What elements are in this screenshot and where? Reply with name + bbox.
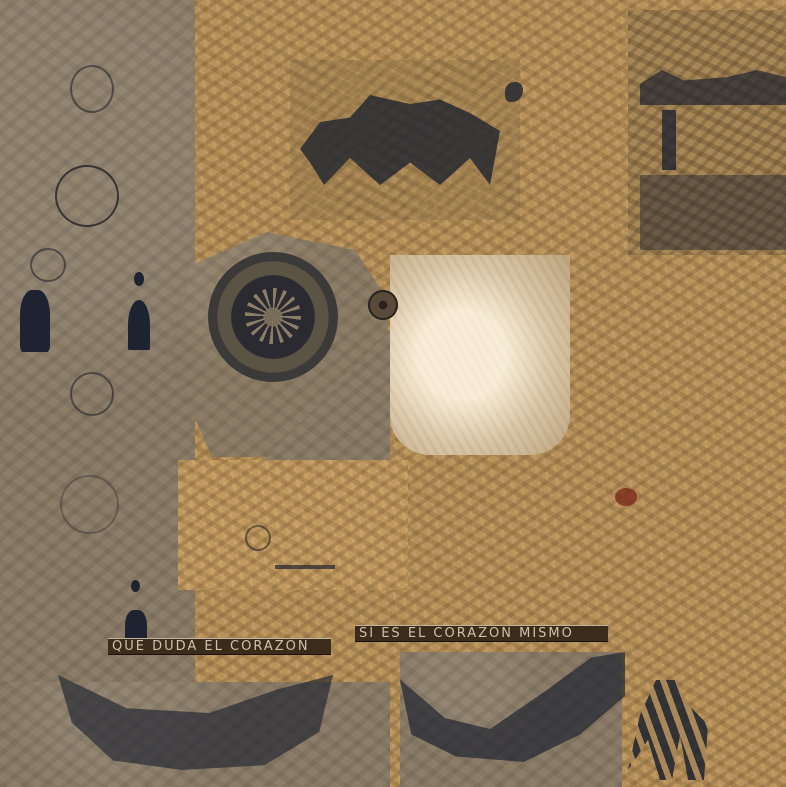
circular-seal [55, 165, 119, 227]
standing-woman-head-2 [131, 580, 140, 592]
red-stain [615, 488, 637, 506]
sun-rosette-star [245, 288, 301, 344]
landscape-ground [640, 175, 786, 250]
perforated-disc [368, 290, 398, 320]
animal-line-drawing [245, 525, 271, 551]
standing-woman-head [134, 272, 144, 286]
inscription-left: QUE DUDA EL CORAZON [108, 638, 331, 655]
seated-figure [20, 290, 50, 352]
standing-woman-figure [128, 300, 150, 350]
animal-line-drawing-body [275, 565, 335, 569]
circular-seal [70, 65, 114, 113]
landscape-post [662, 110, 676, 170]
circular-seal [30, 248, 66, 282]
collage-artwork: QUE DUDA EL CORAZON SI ES EL CORAZON MIS… [0, 0, 786, 787]
circular-seal [70, 372, 114, 416]
circular-seal [60, 475, 119, 534]
line-drawing-panel [178, 460, 408, 590]
inscription-right: SI ES EL CORAZON MISMO [355, 625, 608, 642]
pale-weathered-panel [390, 255, 570, 455]
